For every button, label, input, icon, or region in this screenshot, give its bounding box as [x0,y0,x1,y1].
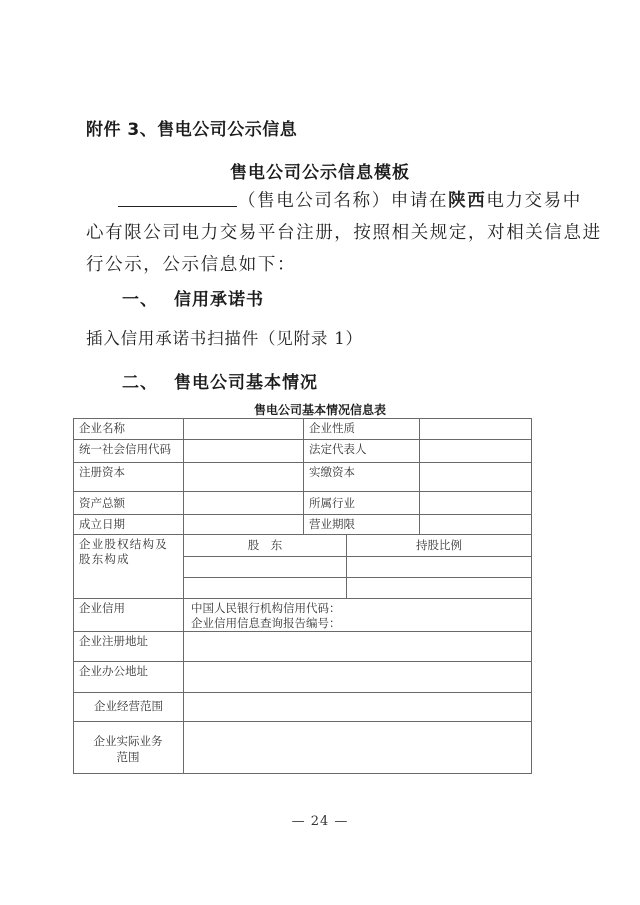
value-company-name[interactable] [184,419,303,439]
annex-title: 附件 3、售电公司公示信息 [86,115,297,140]
value-registered-capital[interactable] [184,463,303,491]
shareholder-cell[interactable] [184,578,346,598]
value-enterprise-credit[interactable]: 中国人民银行机构信用代码： 企业信用信息查询报告编号： [184,599,531,631]
value-registered-address[interactable] [184,632,531,661]
value-business-term[interactable] [420,515,531,534]
value-actual-business-scope[interactable] [184,722,531,773]
credit-report-number-line: 企业信用信息查询报告编号： [191,616,526,631]
intro-line-1: （售电公司名称）申请在陕西电力交易中 [238,187,582,212]
intro-line-3: 行公示，公示信息如下： [86,251,296,276]
header-shareholder: 股 东 [184,536,346,556]
label-company-name: 企业名称 [74,419,183,439]
header-share-ratio: 持股比例 [347,536,531,556]
share-ratio-cell[interactable] [347,578,531,598]
label-legal-rep: 法定代表人 [304,440,419,462]
label-total-assets: 资产总额 [74,494,183,514]
section-number: 二、 [122,368,158,393]
value-paid-capital[interactable] [420,463,531,491]
section-title: 售电公司基本情况 [174,368,318,393]
label-registered-address: 企业注册地址 [74,632,183,661]
intro-province: 陕西 [448,191,486,211]
credit-commitment-note: 插入信用承诺书扫描件（见附录 1） [86,325,363,349]
table-caption: 售电公司基本情况信息表 [0,401,640,418]
table-border-bottom [73,773,532,774]
pboc-credit-code-line: 中国人民银行机构信用代码： [191,601,526,616]
page-number: — 24 — [0,814,640,829]
label-company-type: 企业性质 [304,419,419,439]
company-name-blank [118,206,237,207]
label-established-date: 成立日期 [74,515,183,534]
share-ratio-cell[interactable] [347,557,531,577]
label-paid-capital: 实缴资本 [304,463,419,491]
value-business-scope[interactable] [184,693,531,721]
value-total-assets[interactable] [184,492,303,514]
label-actual-business-scope: 企业实际业务范围 [88,731,168,771]
label-registered-capital: 注册资本 [74,463,183,491]
label-industry: 所属行业 [304,494,419,514]
value-legal-rep[interactable] [420,440,531,462]
intro-line-1-text: （售电公司名称）申请在 [238,191,448,211]
value-office-address[interactable] [184,662,531,692]
intro-line-1-end: 电力交易中 [486,191,582,211]
shareholder-cell[interactable] [184,557,346,577]
value-established-date[interactable] [184,515,303,534]
intro-line-2: 心有限公司电力交易平台注册，按照相关规定，对相关信息进 [86,219,602,244]
label-credit-code: 统一社会信用代码 [74,440,183,462]
label-office-address: 企业办公地址 [74,662,183,692]
document-title: 售电公司公示信息模板 [0,158,640,183]
label-enterprise-credit: 企业信用 [74,599,183,631]
label-business-term: 营业期限 [304,515,419,534]
section-number: 一、 [122,285,158,310]
label-equity-structure: 企业股权结构及股东构成 [74,535,183,598]
value-credit-code[interactable] [184,440,303,462]
value-company-type[interactable] [420,419,531,439]
section-title: 信用承诺书 [174,285,264,310]
table-border-right [531,418,532,773]
value-industry[interactable] [420,492,531,514]
label-business-scope: 企业经营范围 [74,697,183,721]
